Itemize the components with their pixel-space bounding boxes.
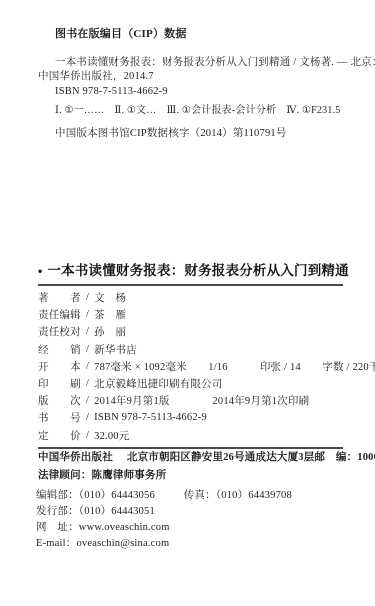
imprint-separator: /: [86, 361, 89, 372]
imprint-row-isbn: 书 号/ISBN 978-7-5113-4662-9: [38, 409, 358, 426]
imprint-row-editor: 责任编辑/茶 雁: [38, 306, 358, 323]
website-url: 网 址：www.oveaschin.com: [36, 522, 170, 534]
cip-registration-number: 中国版本图书馆CIP数据核字（2014）第110791号: [55, 128, 287, 140]
email-address: E-mail：oveaschin@sina.com: [36, 538, 169, 550]
imprint-row-edition: 版 次/2014年9月第1版 2014年9月第1次印刷: [38, 392, 358, 409]
imprint-label: 书 号: [38, 410, 84, 425]
bullet-icon: •: [38, 264, 42, 278]
imprint-label: 经 销: [38, 342, 84, 357]
imprint-label: 著 者: [38, 290, 84, 305]
imprint-separator: /: [86, 378, 89, 389]
imprint-value: 北京毅峰迅捷印刷有限公司: [94, 376, 222, 391]
imprint-separator: /: [86, 326, 89, 337]
cip-description-line2: 中国华侨出版社，2014.7: [38, 71, 154, 83]
imprint-separator: /: [86, 412, 89, 423]
imprint-row-author: 著 者/文 杨: [38, 289, 358, 306]
legal-advisor: 法律顾问：陈鹰律师事务所: [38, 470, 166, 482]
imprint-value: 2014年9月第1版 2014年9月第1次印刷: [94, 393, 309, 408]
fax-number: 传真：（010）64439708: [184, 490, 292, 501]
publisher-address: 北京市朝阳区静安里26号通成达大厦3层: [127, 452, 315, 464]
imprint-separator: /: [86, 344, 89, 355]
book-copyright-page: 图书在版编目（CIP）数据 一本书读懂财务报表：财务报表分析从入门到精通 / 文…: [0, 0, 375, 606]
publisher-address-row: 中国华侨出版社 北京市朝阳区静安里26号通成达大厦3层 邮 编：100028: [38, 452, 345, 464]
imprint-value: 新华书店: [94, 342, 137, 357]
imprint-value: 茶 雁: [94, 307, 126, 322]
book-title-text: 一本书读懂财务报表：财务报表分析从入门到精通: [47, 263, 348, 278]
cip-classification: Ⅰ. ①一…… Ⅱ. ①文… Ⅲ. ①会计报表-会计分析 Ⅳ. ①F231.5: [55, 105, 340, 117]
postal-code: 邮 编：100028: [314, 452, 375, 464]
imprint-separator: /: [86, 430, 89, 441]
imprint-label: 责任校对: [38, 324, 84, 339]
imprint-label: 定 价: [38, 428, 84, 443]
footer-divider: [38, 447, 343, 449]
imprint-label: 印 刷: [38, 376, 84, 391]
editorial-contact-row: 编辑部：（010）64443056 传真：（010）64439708: [36, 490, 292, 502]
publisher-name: 中国华侨出版社: [38, 452, 113, 464]
imprint-separator: /: [86, 309, 89, 320]
imprint-label: 开 本: [38, 359, 84, 374]
book-title: •一本书读懂财务报表：财务报表分析从入门到精通: [38, 259, 349, 279]
editorial-phone: 编辑部：（010）64443056: [36, 490, 155, 501]
imprint-value: 孙 丽: [94, 324, 126, 339]
imprint-value: 文 杨: [94, 290, 126, 305]
imprint-value: 32.00元: [94, 428, 129, 443]
imprint-row-proofreader: 责任校对/孙 丽: [38, 323, 358, 340]
imprint-label: 版 次: [38, 393, 84, 408]
imprint-row-format: 开 本/787毫米 × 1092毫米 1/16 印张 / 14 字数 / 220…: [38, 358, 358, 375]
imprint-value: 787毫米 × 1092毫米 1/16 印张 / 14 字数 / 220千: [94, 359, 375, 374]
distribution-phone: 发行部：（010）64443051: [36, 506, 155, 518]
cip-isbn: ISBN 978-7-5113-4662-9: [55, 86, 168, 98]
imprint-row-price: 定 价/32.00元: [38, 427, 358, 444]
imprint-row-printer: 印 刷/北京毅峰迅捷印刷有限公司: [38, 375, 358, 392]
imprint-separator: /: [86, 395, 89, 406]
title-divider: [38, 284, 343, 286]
imprint-value: ISBN 978-7-5113-4662-9: [94, 412, 207, 423]
cip-description-line1: 一本书读懂财务报表：财务报表分析从入门到精通 / 文杨著. — 北京：: [55, 57, 375, 69]
imprint-label: 责任编辑: [38, 307, 84, 322]
imprint-separator: /: [86, 292, 89, 303]
cip-heading: 图书在版编目（CIP）数据: [55, 28, 187, 40]
imprint-row-distributor: 经 销/新华书店: [38, 341, 358, 358]
imprint-block: 著 者/文 杨 责任编辑/茶 雁 责任校对/孙 丽 经 销/新华书店 开 本/7…: [38, 289, 358, 444]
